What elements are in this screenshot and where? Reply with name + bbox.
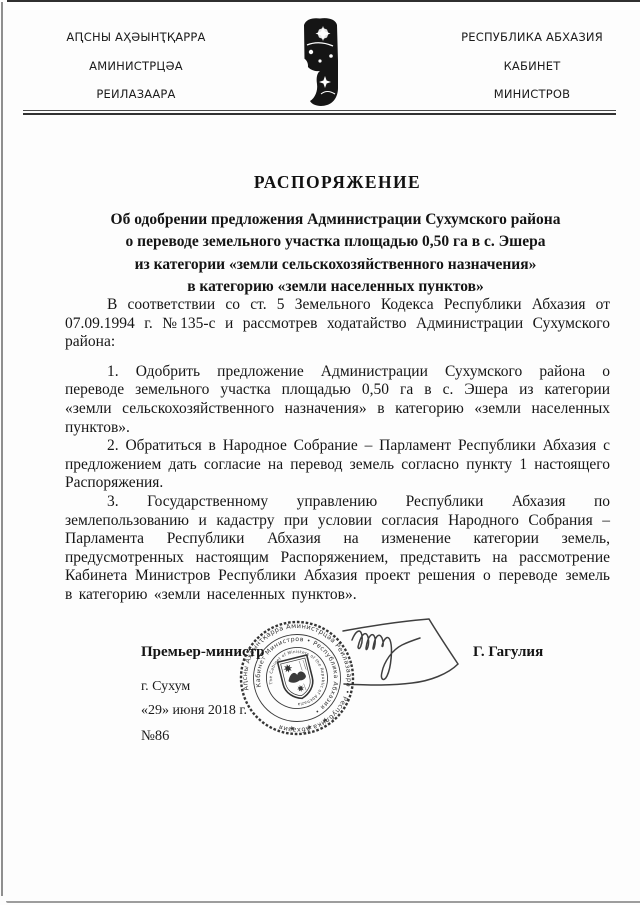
signature-scrawl-icon	[0, 0, 640, 905]
document-page: АԤСНЫ АҲӘЫНҬҚАРРА АМИНИСТРЦӘА РЕИЛАЗААРА…	[0, 0, 640, 905]
